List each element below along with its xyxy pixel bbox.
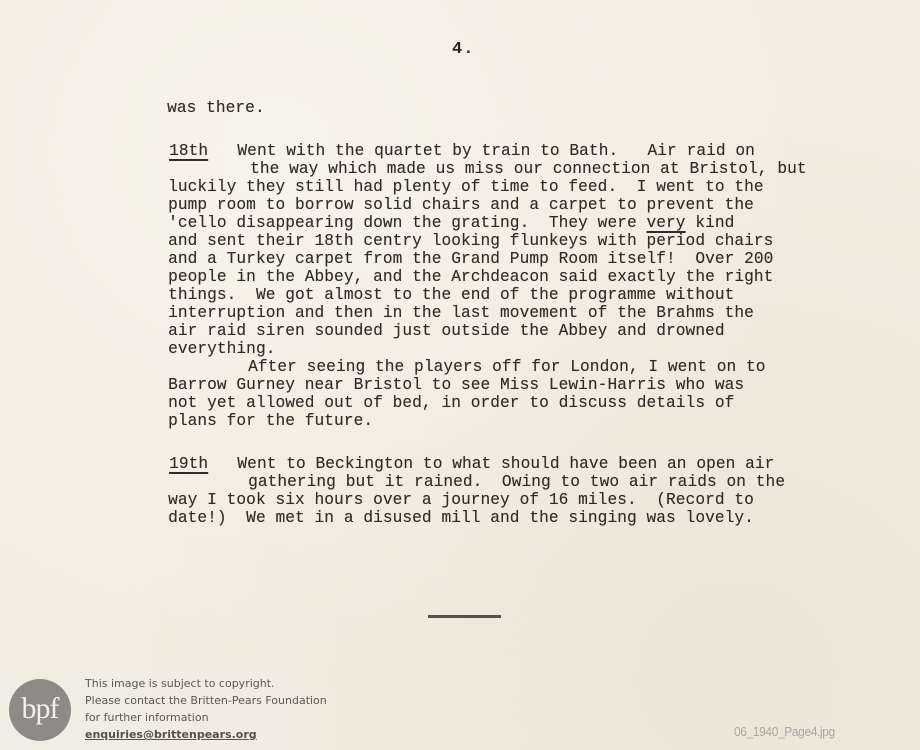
entry-date-19th: 19th bbox=[169, 455, 208, 473]
end-divider bbox=[428, 615, 501, 618]
email-link[interactable]: enquiries@brittenpears.org bbox=[85, 728, 257, 741]
text-line: date!) We met in a disused mill and the … bbox=[129, 491, 754, 545]
bpf-logo: bpf bbox=[9, 679, 71, 741]
page-number: 4. bbox=[452, 40, 474, 59]
entry-date-18th: 18th bbox=[169, 142, 208, 160]
copyright-line: This image is subject to copyright. bbox=[85, 677, 275, 690]
copyright-line: for further information bbox=[85, 711, 209, 724]
document-page: 4. was there. 18th Went with the quartet… bbox=[0, 0, 920, 750]
copyright-line: Please contact the Britten-Pears Foundat… bbox=[85, 694, 327, 707]
filename-label: 06_1940_Page4.jpg bbox=[734, 724, 835, 739]
